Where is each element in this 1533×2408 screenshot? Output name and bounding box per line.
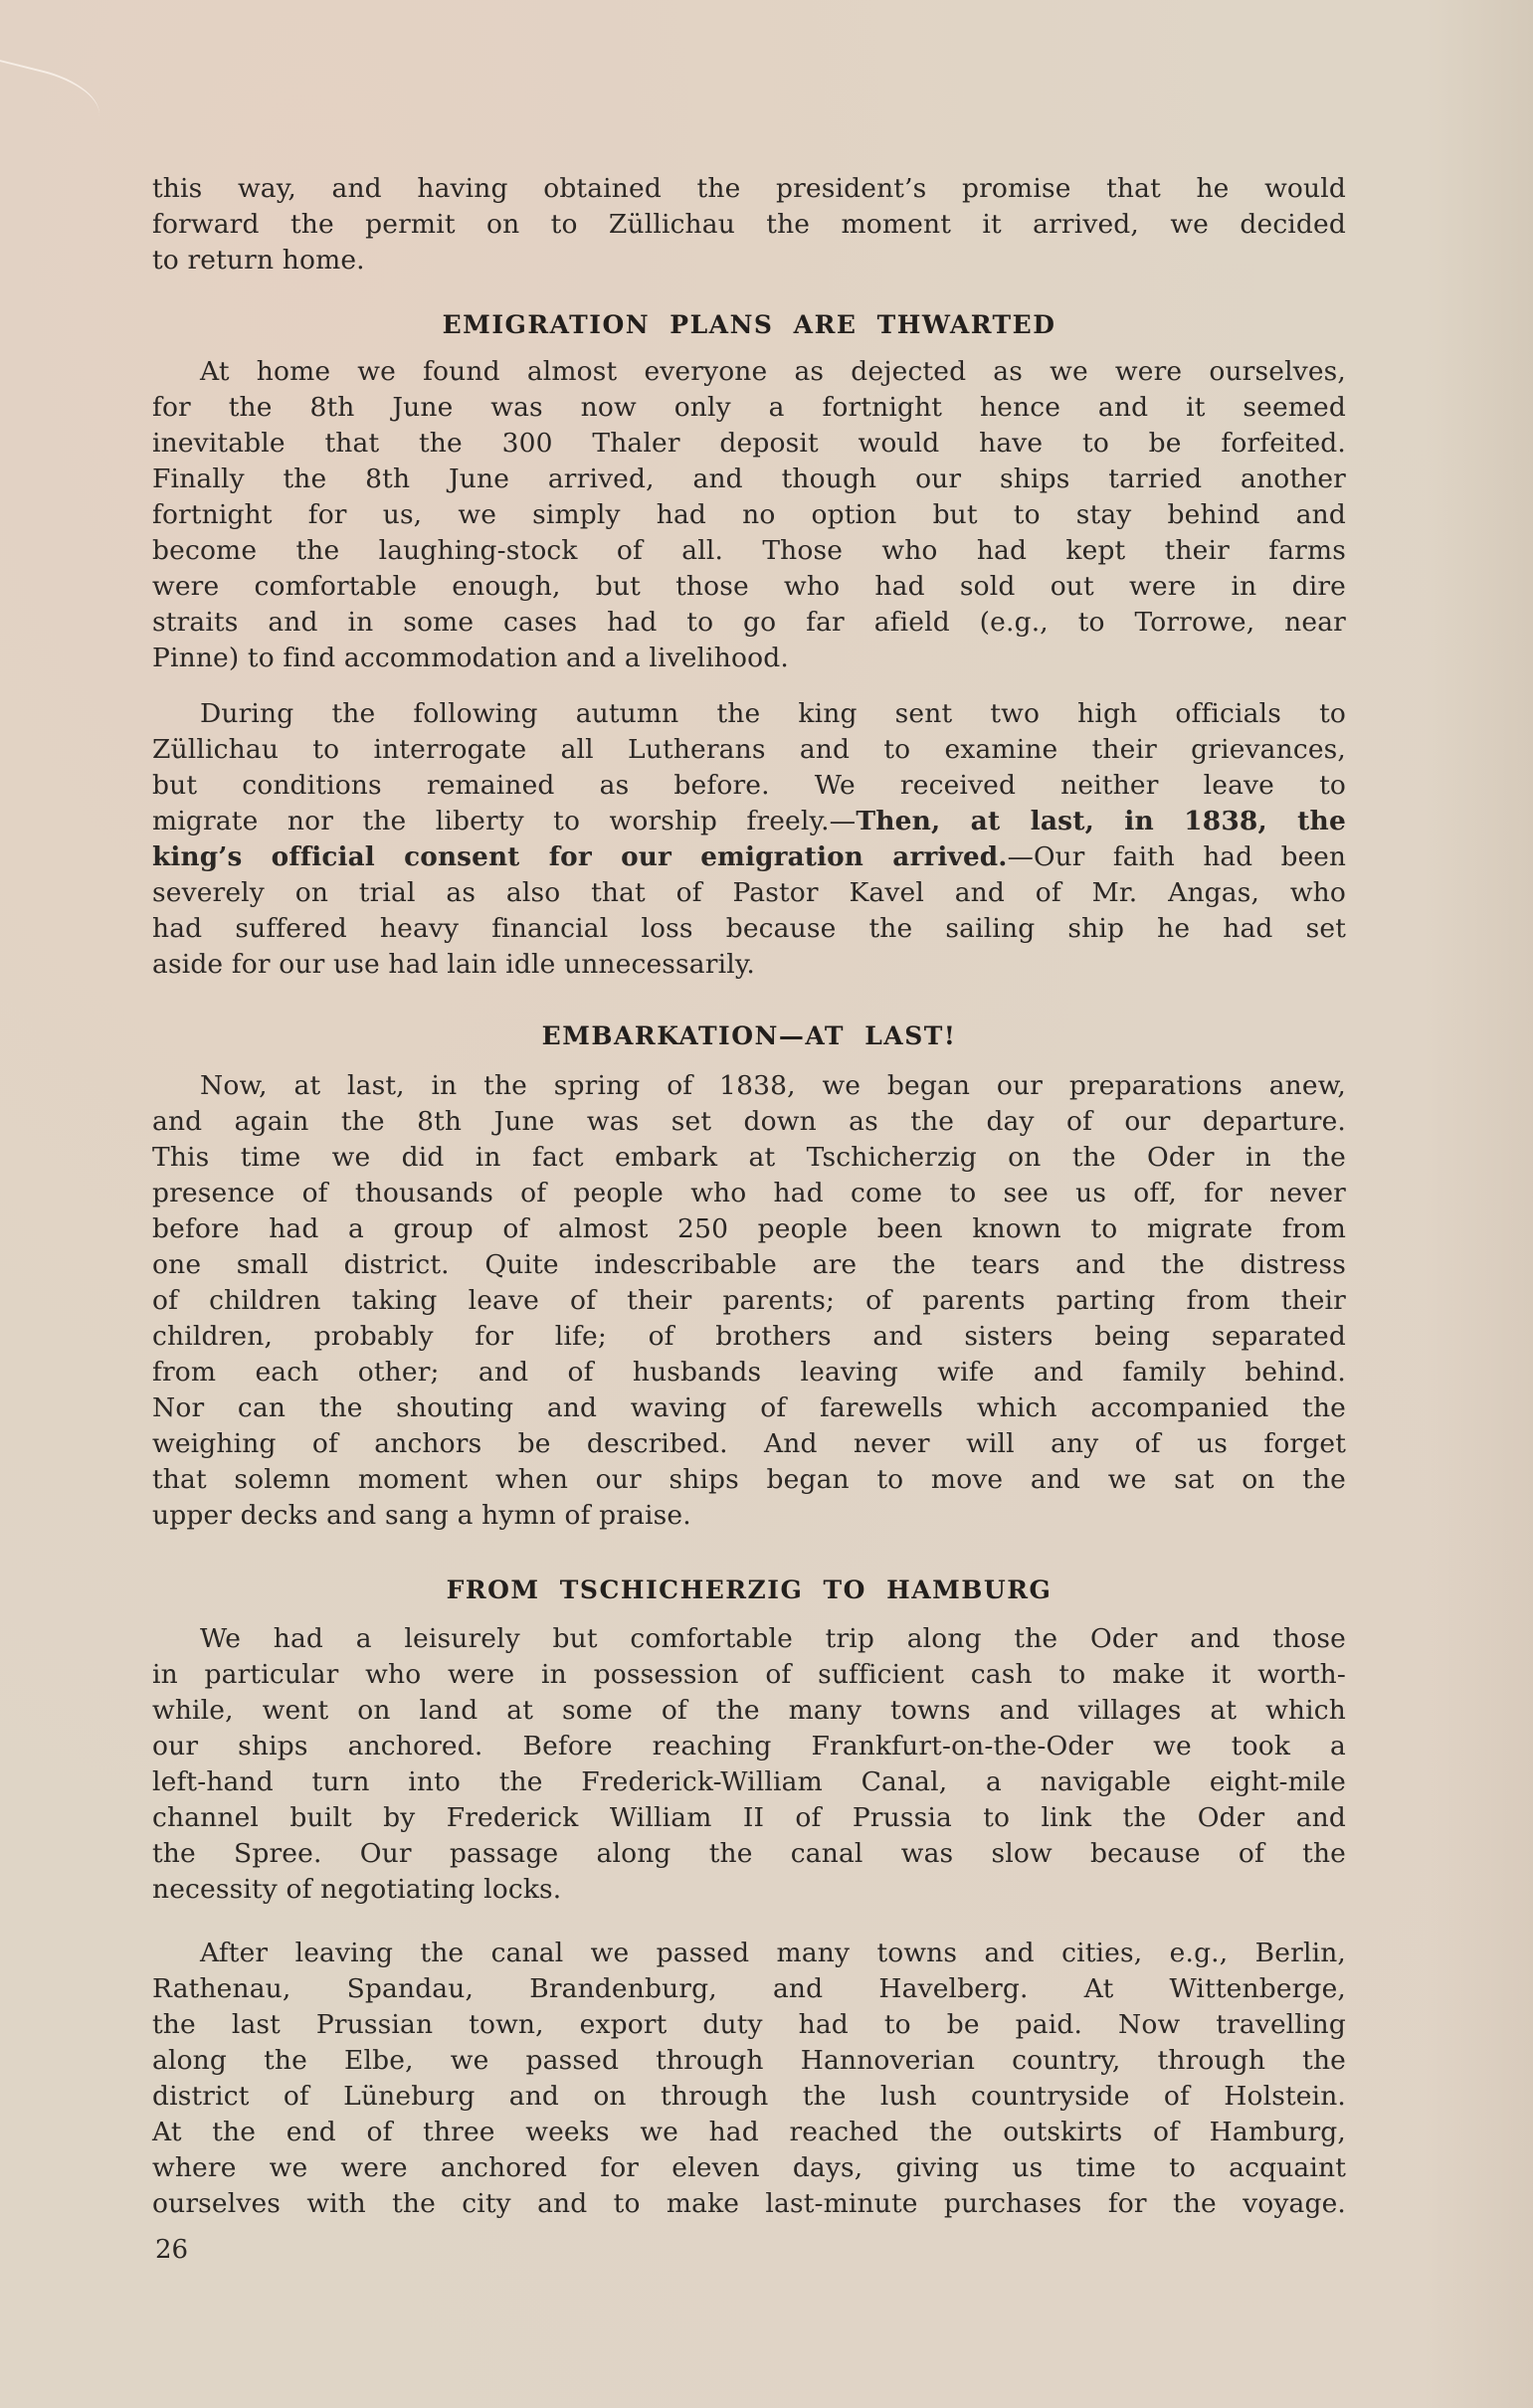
section-heading-tschicherzig-hamburg: FROM TSCHICHERZIG TO HAMBURG xyxy=(152,1573,1346,1608)
text-line: Now, at last, in the spring of 1838, we … xyxy=(152,1068,1346,1104)
text-line: before had a group of almost 250 people … xyxy=(152,1211,1346,1247)
paragraph-now-at-last: Now, at last, in the spring of 1838, we … xyxy=(152,1068,1346,1534)
paragraph-at-home: At home we found almost everyone as deje… xyxy=(152,354,1346,676)
text-run: migrate nor the liberty to worship freel… xyxy=(152,806,856,836)
text-line-mixed: king’s official consent for our emigrati… xyxy=(152,839,1346,875)
text-line: channel built by Frederick William II of… xyxy=(152,1800,1346,1836)
text-line: our ships anchored. Before reaching Fran… xyxy=(152,1729,1346,1764)
text-line: children, probably for life; of brothers… xyxy=(152,1319,1346,1355)
text-line: Züllichau to interrogate all Lutherans a… xyxy=(152,732,1346,768)
text-line: but conditions remained as before. We re… xyxy=(152,768,1346,804)
text-line: Finally the 8th June arrived, and though… xyxy=(152,462,1346,497)
text-line: where we were anchored for eleven days, … xyxy=(152,2150,1346,2186)
text-line: severely on trial as also that of Pastor… xyxy=(152,875,1346,911)
text-line: to return home. xyxy=(152,243,1346,278)
text-line: presence of thousands of people who had … xyxy=(152,1176,1346,1211)
text-line: necessity of negotiating locks. xyxy=(152,1872,1346,1908)
text-line: along the Elbe, we passed through Hannov… xyxy=(152,2043,1346,2079)
text-run: —Our faith had been xyxy=(1008,842,1346,872)
text-line: Pinne) to find accommodation and a livel… xyxy=(152,641,1346,676)
text-line: left-hand turn into the Frederick-Willia… xyxy=(152,1764,1346,1800)
text-line: This time we did in fact embark at Tschi… xyxy=(152,1140,1346,1176)
paragraph-continuation: this way, and having obtained the presid… xyxy=(152,171,1346,278)
text-line: for the 8th June was now only a fortnigh… xyxy=(152,390,1346,426)
text-line: aside for our use had lain idle unnecess… xyxy=(152,947,1346,983)
section-heading-emigration-plans: EMIGRATION PLANS ARE THWARTED xyxy=(152,307,1346,343)
text-line: We had a leisurely but comfortable trip … xyxy=(152,1621,1346,1657)
text-line: district of Lüneburg and on through the … xyxy=(152,2079,1346,2115)
text-line: from each other; and of husbands leaving… xyxy=(152,1355,1346,1390)
page-number: 26 xyxy=(155,2232,188,2268)
text-line: Rathenau, Spandau, Brandenburg, and Have… xyxy=(152,1971,1346,2007)
text-line: Nor can the shouting and waving of farew… xyxy=(152,1390,1346,1426)
paragraph-after-canal: After leaving the canal we passed many t… xyxy=(152,1936,1346,2222)
text-line: the last Prussian town, export duty had … xyxy=(152,2007,1346,2043)
bold-text-run: Then, at last, in 1838, the xyxy=(856,806,1346,836)
paper-crease-mark xyxy=(0,60,106,136)
text-line: At home we found almost everyone as deje… xyxy=(152,354,1346,390)
text-line: upper decks and sang a hymn of praise. xyxy=(152,1498,1346,1534)
text-line-mixed: migrate nor the liberty to worship freel… xyxy=(152,804,1346,839)
text-line: and again the 8th June was set down as t… xyxy=(152,1104,1346,1140)
text-line: At the end of three weeks we had reached… xyxy=(152,2115,1346,2150)
text-line: ourselves with the city and to make last… xyxy=(152,2186,1346,2222)
text-line: that solemn moment when our ships began … xyxy=(152,1462,1346,1498)
text-line: one small district. Quite indescribable … xyxy=(152,1247,1346,1283)
text-line: During the following autumn the king sen… xyxy=(152,696,1346,732)
text-line: inevitable that the 300 Thaler deposit w… xyxy=(152,426,1346,462)
paragraph-following-autumn: During the following autumn the king sen… xyxy=(152,696,1346,983)
text-line: had suffered heavy financial loss becaus… xyxy=(152,911,1346,947)
text-line: of children taking leave of their parent… xyxy=(152,1283,1346,1319)
paragraph-leisurely-trip: We had a leisurely but comfortable trip … xyxy=(152,1621,1346,1908)
section-heading-embarkation: EMBARKATION—AT LAST! xyxy=(152,1019,1346,1054)
text-line: weighing of anchors be described. And ne… xyxy=(152,1426,1346,1462)
text-line: After leaving the canal we passed many t… xyxy=(152,1936,1346,1971)
text-line: were comfortable enough, but those who h… xyxy=(152,569,1346,605)
text-line: forward the permit on to Züllichau the m… xyxy=(152,207,1346,243)
text-line: straits and in some cases had to go far … xyxy=(152,605,1346,641)
text-line: fortnight for us, we simply had no optio… xyxy=(152,497,1346,533)
book-page: this way, and having obtained the presid… xyxy=(0,0,1533,2408)
bold-text-run: king’s official consent for our emigrati… xyxy=(152,841,1008,872)
text-line: while, went on land at some of the many … xyxy=(152,1693,1346,1729)
text-line: in particular who were in possession of … xyxy=(152,1657,1346,1693)
text-line: become the laughing-stock of all. Those … xyxy=(152,533,1346,569)
text-line: the Spree. Our passage along the canal w… xyxy=(152,1836,1346,1872)
text-line: this way, and having obtained the presid… xyxy=(152,171,1346,207)
